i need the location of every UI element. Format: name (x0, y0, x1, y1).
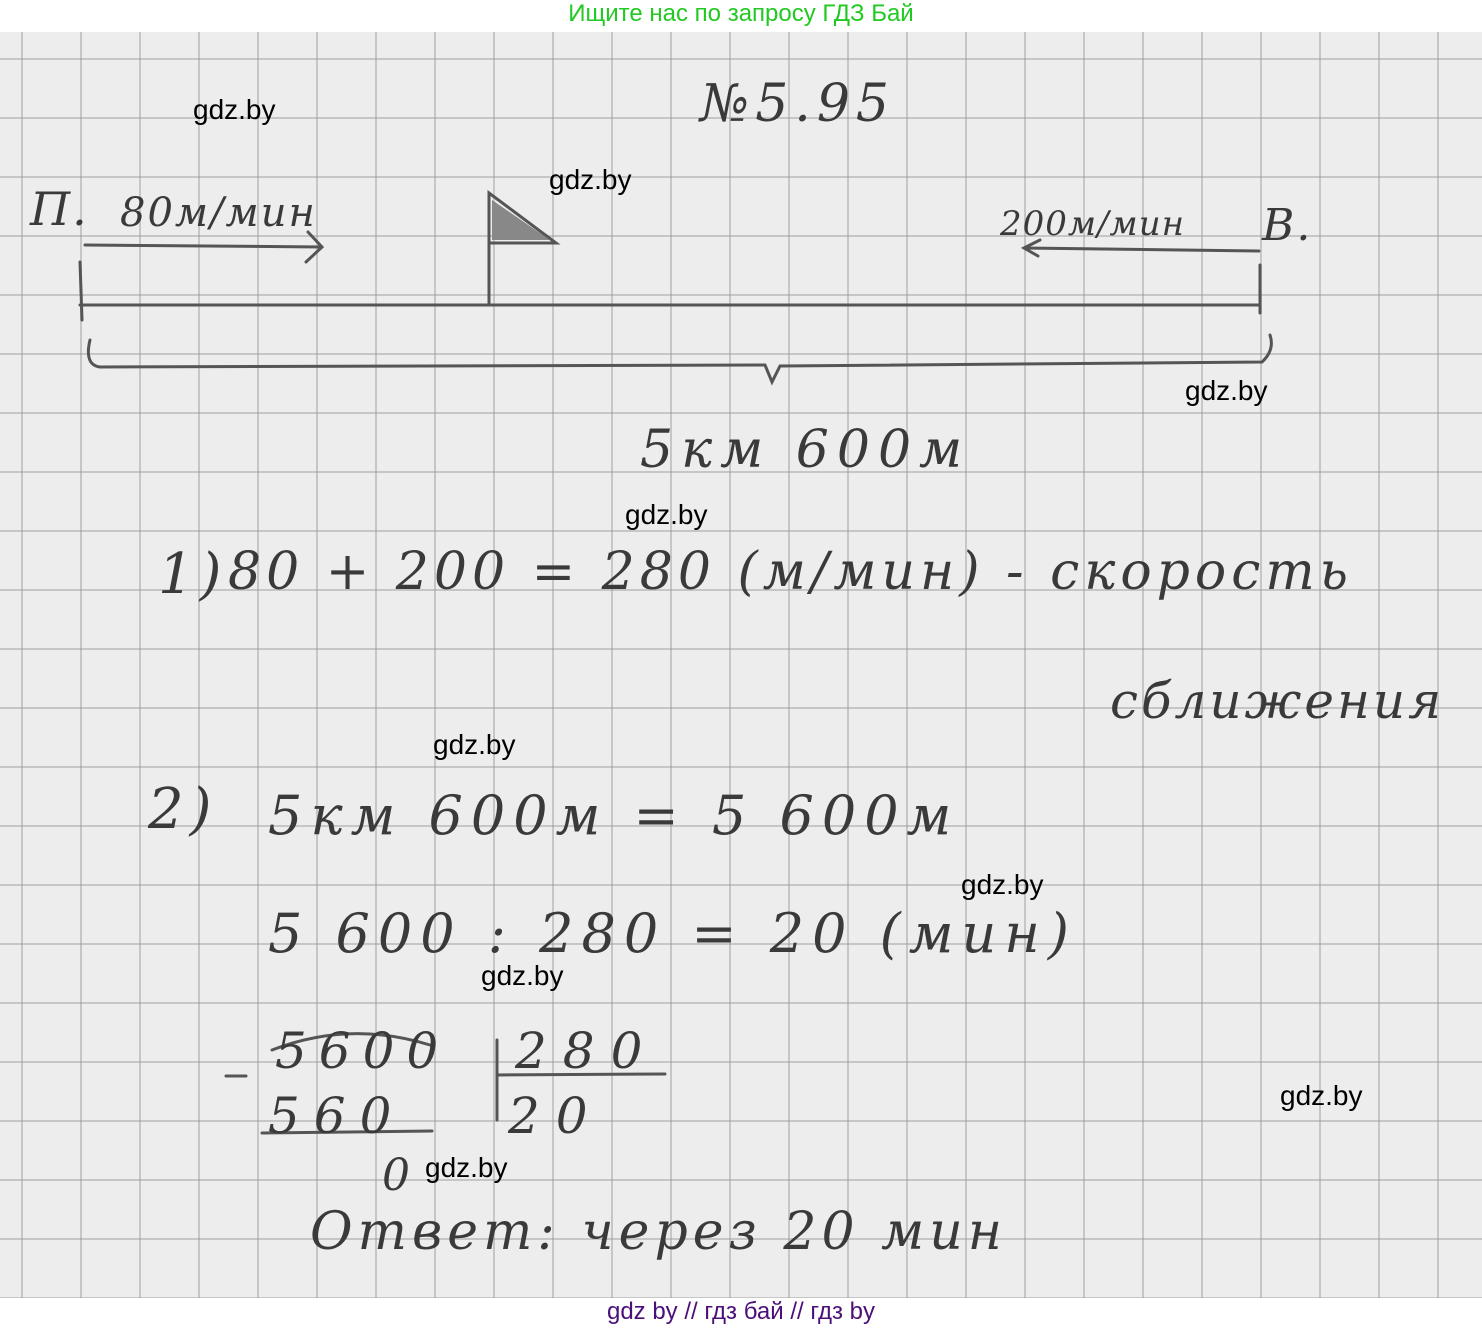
step-2-label: 2) (148, 777, 217, 842)
answer-line: Ответ: через 20 мин (310, 1202, 1007, 1262)
watermark: gdz.by (481, 960, 564, 992)
watermark: gdz.by (961, 869, 1044, 901)
watermark: gdz.by (1280, 1080, 1363, 1112)
watermark: gdz.by (625, 499, 708, 531)
footer-links: gdz by // гдз бай // гдз by (0, 1298, 1482, 1329)
right-speed-label: 200м/мин (1000, 204, 1185, 244)
division-quotient: 20 (508, 1087, 604, 1145)
watermark: gdz.by (549, 164, 632, 196)
watermark: gdz.by (193, 94, 276, 126)
search-banner: Ищите нас по запросу ГДЗ Бай (0, 0, 1482, 32)
step-2-line-2: 5 600 : 280 = 20 (мин) (268, 902, 1077, 965)
division-subtrahend: 560 (268, 1087, 405, 1145)
problem-number: №5.95 (700, 74, 895, 134)
watermark: gdz.by (433, 729, 516, 761)
step-1-line-1: 80 + 200 = 280 (м/мин) - скорость (228, 542, 1353, 602)
point-p-label: П. (30, 182, 89, 236)
division-divisor: 280 (515, 1022, 658, 1080)
step-2-line-1: 5км 600м = 5 600м (268, 784, 959, 847)
notebook-page: №5.95 П. 80м/мин 200м/мин В. 5км 600м 1)… (0, 32, 1482, 1298)
watermark: gdz.by (425, 1152, 508, 1184)
division-dividend: 5600 (275, 1022, 450, 1080)
point-v-label: В. (1262, 200, 1312, 251)
step-1-label: 1) (158, 542, 227, 607)
step-1-line-2: сближения (1110, 672, 1444, 730)
watermark: gdz.by (1185, 375, 1268, 407)
arrow-right-icon (85, 232, 322, 262)
total-distance: 5км 600м (640, 420, 970, 480)
left-speed-label: 80м/мин (120, 190, 317, 236)
division-remainder: 0 (382, 1150, 416, 1201)
